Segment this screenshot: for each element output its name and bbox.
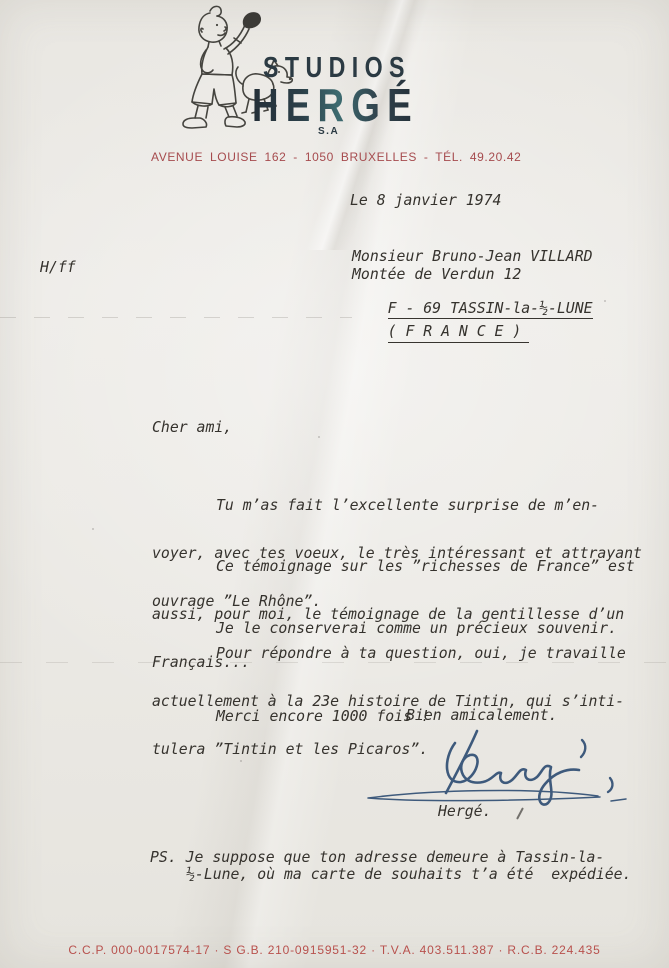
reference-initials: H/ff — [40, 260, 76, 276]
herge-signature-icon — [360, 726, 630, 810]
paragraph-line: Pour répondre à ta question, oui, je tra… — [152, 646, 626, 662]
dust-speck — [604, 300, 606, 302]
scanned-letter-page: STUDIOS HERGÉ S.A AVENUE LOUISE 162 - 10… — [0, 0, 669, 968]
recipient-country-text: ( F R A N C E ) — [388, 323, 530, 343]
paragraph-line: Ce témoignage sur les ”richesses de Fran… — [152, 559, 635, 575]
studio-wordmark-line2: HERGÉ — [252, 78, 461, 132]
recipient-name: Monsieur Bruno-Jean VILLARD — [352, 249, 593, 265]
salutation: Cher ami, — [152, 420, 232, 436]
recipient-country: ( F R A N C E ) — [352, 308, 529, 356]
dust-speck — [318, 436, 320, 438]
company-sa-text: S.A — [318, 126, 339, 137]
ps-line-1: PS. Je suppose que ton adresse demeure à… — [150, 850, 604, 866]
letterhead-address-line: AVENUE LOUISE 162 - 1050 BRUXELLES - TÉL… — [151, 150, 521, 164]
paper-crease-upper — [0, 317, 352, 318]
herge-text: HERGÉ — [252, 78, 419, 132]
ps-line-2: ½-Lune, où ma carte de souhaits t’a été … — [186, 867, 631, 883]
recipient-street: Montée de Verdun 12 — [352, 267, 521, 283]
paragraph-line: Merci encore 1000 fois ! — [216, 709, 430, 725]
signature-typed-name: Hergé. — [438, 804, 491, 820]
footer-registration-line: C.C.P. 000-0017574-17 · S G.B. 210-09159… — [0, 943, 669, 957]
date-line: Le 8 janvier 1974 — [350, 193, 501, 209]
closing-line: Bien amicalement. — [406, 708, 557, 724]
dust-speck — [92, 528, 94, 530]
paragraph-line: Tu m’as fait l’excellente surprise de m’… — [152, 498, 642, 514]
